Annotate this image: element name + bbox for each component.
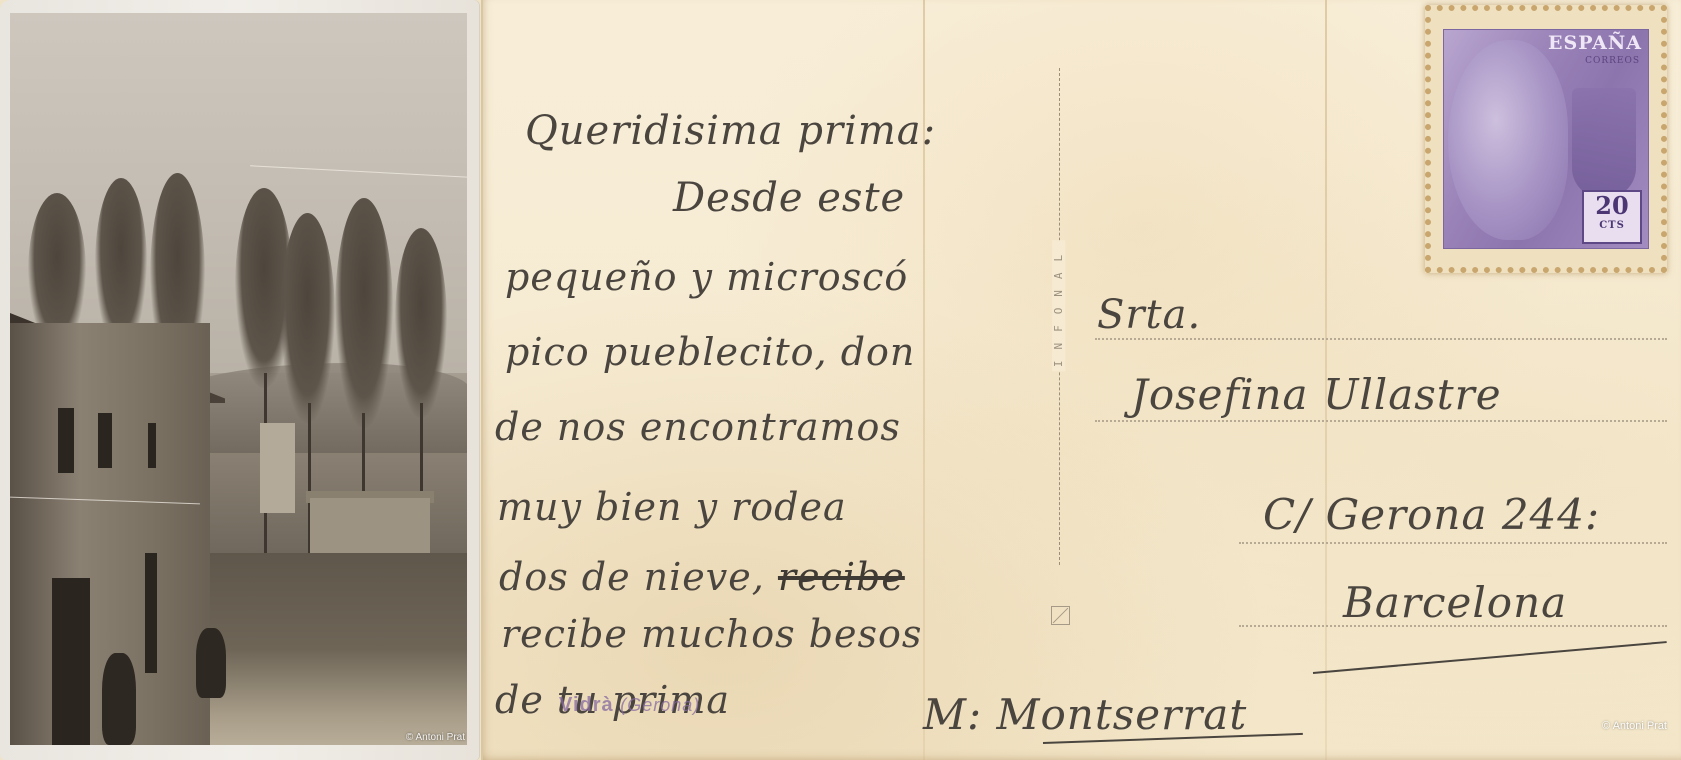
stamp-unit: CTS — [1584, 220, 1640, 231]
message-line-3: pequeño y microscó — [505, 255, 908, 299]
address-city: Barcelona — [1343, 578, 1567, 627]
message-line-5: de nos encontramos — [495, 405, 901, 449]
house-window — [148, 423, 156, 468]
stamp-country: ESPAÑA — [1548, 32, 1642, 54]
address-line-2-rule — [1095, 420, 1667, 422]
distant-barn — [310, 498, 430, 553]
message-line-2: Desde este — [673, 175, 905, 221]
photo-ground — [190, 553, 467, 745]
stamp-denomination: 20 CTS — [1582, 190, 1642, 244]
message-line-4: pico pueblecito, don — [505, 330, 915, 374]
postmark-town: Vidrà — [559, 694, 614, 716]
photo-watermark: © Antoni Prat — [406, 732, 465, 743]
poplar-tree — [395, 228, 447, 418]
photo-person — [102, 653, 136, 745]
postage-stamp: ESPAÑA CORREOS 20 CTS — [1425, 5, 1667, 273]
village-photograph: © Antoni Prat — [10, 13, 467, 745]
vidra-postmark: Vidrà (Gerona) — [559, 694, 700, 717]
photo-person — [196, 628, 226, 698]
postcard-watermark: © Antoni Prat — [1602, 720, 1667, 732]
stamp-portrait — [1448, 40, 1568, 240]
address-recipient: Josefina Ullastre — [1131, 370, 1502, 419]
stamp-coat-of-arms-icon — [1572, 88, 1636, 198]
house-window — [98, 413, 112, 468]
message-line-6: muy bien y rodea — [497, 485, 847, 529]
divider-label: INFONAL — [1049, 220, 1069, 390]
address-line-1-rule — [1095, 338, 1667, 340]
poplar-tree — [280, 213, 335, 423]
message-line-1: Queridisima prima: — [525, 108, 936, 154]
house-door — [52, 578, 90, 745]
signature: M: Montserrat — [923, 690, 1247, 739]
address-salutation: Srta. — [1097, 292, 1201, 338]
postcard-back: Queridisima prima: Desde este pequeño y … — [481, 0, 1681, 760]
house-window — [58, 408, 74, 473]
house-door — [145, 553, 157, 673]
photo-card: © Antoni Prat — [0, 0, 479, 760]
stamp-engraving: ESPAÑA CORREOS 20 CTS — [1443, 29, 1649, 249]
address-street: C/ Gerona 244: — [1263, 490, 1600, 539]
struck-word: recibe — [778, 555, 905, 599]
distant-tower — [260, 423, 295, 513]
divider-box-icon — [1051, 606, 1070, 625]
poplar-tree — [335, 198, 393, 428]
stamp-value: 20 — [1584, 192, 1640, 220]
address-underline-flourish — [1313, 641, 1667, 674]
stamp-subtitle: CORREOS — [1585, 56, 1640, 66]
message-line-8: recibe muchos besos — [501, 612, 922, 656]
address-line-3-rule — [1239, 542, 1667, 544]
postmark-province: (Gerona) — [620, 695, 700, 715]
message-line-7-text: dos de nieve, — [499, 555, 765, 599]
message-line-7: dos de nieve, recibe — [499, 555, 905, 599]
